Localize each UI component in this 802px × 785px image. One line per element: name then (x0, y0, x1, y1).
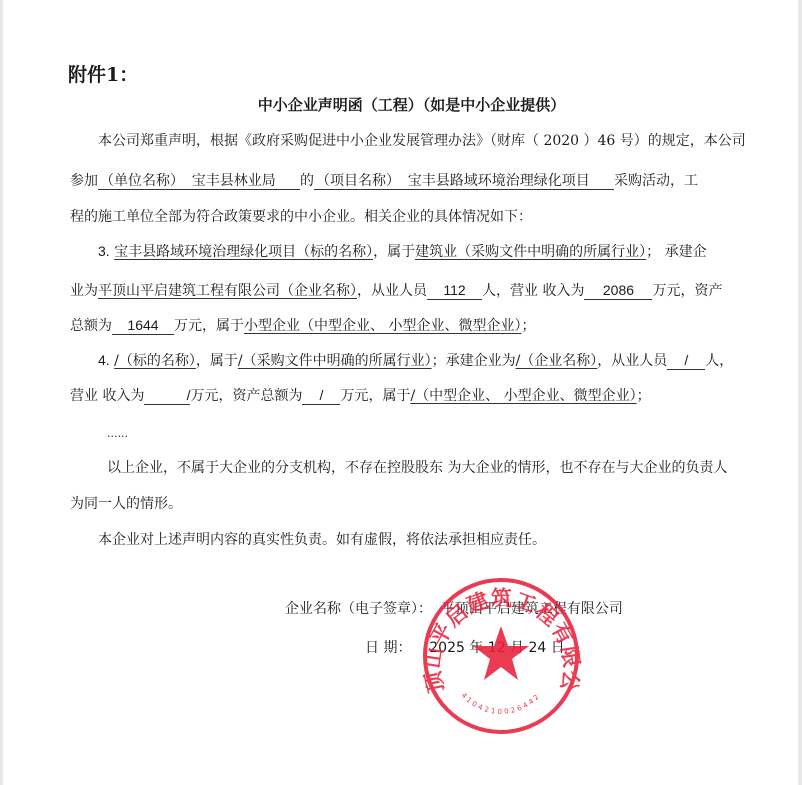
revenue-label: 人，营业 收入为 (482, 283, 584, 299)
item3-assets: 1644 (112, 317, 174, 335)
svg-text:4104210026442: 4104210026442 (460, 691, 543, 716)
para-branch-line2: 为同一人的情形。 (70, 494, 182, 514)
document-viewer: 附件1： 中小企业声明函（工程）（如是中小企业提供） 本公司郑重声明，根据《政府… (0, 0, 802, 785)
svg-text:平顶山平启建筑工程有限公司: 平顶山平启建筑工程有限公司 (418, 576, 584, 695)
para1-line2: 参加（单位名称） 宝丰县林业局的（项目名称） 宝丰县路域环境治理绿化项目采购活动… (70, 171, 698, 191)
text-contractor: ；承建企业为 (432, 353, 516, 369)
item4-employees: / (667, 352, 705, 370)
text-belongs: ，属于 (373, 244, 415, 260)
item3-line2: 业为平顶山平启建筑工程有限公司（企业名称），从业人员112人，营业 收入为208… (70, 281, 722, 301)
text-belongs: ，属于 (196, 353, 238, 369)
unit-label: （单位名称） (100, 172, 184, 188)
item4-assets: / (302, 387, 340, 405)
item3-line1: 3. 宝丰县路域环境治理绿化项目（标的名称），属于建筑业（采购文件中明确的所属行… (98, 241, 707, 262)
item4-size: /（中型企业、 小型企业、微型企业） (410, 388, 636, 404)
project-name-field: （项目名称） 宝丰县路域环境治理绿化项目 (314, 172, 614, 190)
signature-label: 企业名称（电子签章）： (285, 601, 432, 617)
item4-line2: 营业 收入为/万元，资产总额为/万元，属于/（中型企业、 小型企业、微型企业）； (70, 386, 651, 406)
date-value: 2025 年 12 月 24 日 (429, 640, 565, 656)
employees-label: ，从业人员 (597, 353, 667, 369)
item3-subject: 宝丰县路域环境治理绿化项目（标的名称） (114, 244, 373, 260)
text-of: 的 (300, 173, 314, 189)
item4-line1: 4. /（标的名称），属于/（采购文件中明确的所属行业）；承建企业为/（企业名称… (98, 350, 733, 371)
item3-size: 小型企业（中型企业、 小型企业、微型企业） (244, 318, 521, 334)
unit-name-field: （单位名称） 宝丰县林业局 (98, 172, 300, 190)
item4-industry: /（采购文件中明确的所属行业） (238, 353, 432, 369)
assets-label: 万元，资产 (652, 283, 722, 299)
assets-label: 万元，资产总额为 (190, 388, 302, 404)
attachment-label: 附件1： (68, 60, 138, 87)
item4-company: /（企业名称） (516, 353, 598, 369)
document-page: 附件1： 中小企业声明函（工程）（如是中小企业提供） 本公司郑重声明，根据《政府… (3, 0, 798, 785)
item-number: 4. (98, 352, 110, 368)
item4-revenue: / (144, 387, 190, 405)
project-label: （项目名称） (316, 172, 400, 188)
item3-line3: 总额为1644万元，属于小型企业（中型企业、 小型企业、微型企业）； (70, 316, 535, 336)
employees-label: ，从业人员 (357, 283, 427, 299)
signature-line: 企业名称（电子签章）： 平顶山平启建筑工程有限公司 (285, 598, 623, 618)
item3-company: 平顶山平启建筑工程有限公司（企业名称） (98, 283, 357, 299)
date-label: 日 期： (365, 640, 411, 656)
para1-line3: 程的施工单位全部为符合政策要求的中小企业。相关企业的具体情况如下： (70, 207, 532, 227)
size-label: 万元，属于 (174, 318, 244, 334)
text-end: ； (637, 388, 651, 404)
item4-subject: /（标的名称） (114, 353, 196, 369)
text-suffix: 采购活动，工 (614, 173, 698, 189)
page-title: 中小企业声明函（工程）（如是中小企业提供） (3, 94, 798, 115)
ellipsis: ...... (107, 424, 128, 444)
text-prefix: 业为 (70, 283, 98, 299)
unit-value: 宝丰县林业局 (192, 172, 276, 188)
item3-industry: 建筑业（采购文件中明确的所属行业） (415, 244, 646, 260)
para-liability: 本企业对上述声明内容的真实性负责。如有虚假，将依法承担相应责任。 (98, 530, 546, 550)
para1-line1: 本公司郑重声明，根据《政府采购促进中小企业发展管理办法》（财库（ 2020 ）4… (98, 131, 746, 151)
item-number: 3. (98, 243, 110, 259)
project-value: 宝丰县路域环境治理绿化项目 (408, 172, 590, 188)
date-line: 日 期： 2025 年 12 月 24 日 (365, 637, 565, 657)
revenue-label: 营业 收入为 (70, 388, 144, 404)
total-assets-label: 总额为 (70, 318, 112, 334)
person-unit: 人， (705, 353, 733, 369)
para-branch-line1: 以上企业，不属于大企业的分支机构，不存在控股股东 为大企业的情形，也不存在与大企… (107, 458, 727, 478)
item3-revenue: 2086 (584, 282, 652, 300)
size-label: 万元，属于 (340, 388, 410, 404)
text-end: ； (521, 318, 535, 334)
text-join: 参加 (70, 173, 98, 189)
text-contractor: ； 承建企 (646, 244, 706, 260)
signature-company: 平顶山平启建筑工程有限公司 (441, 601, 623, 617)
item3-employees: 112 (427, 282, 482, 300)
